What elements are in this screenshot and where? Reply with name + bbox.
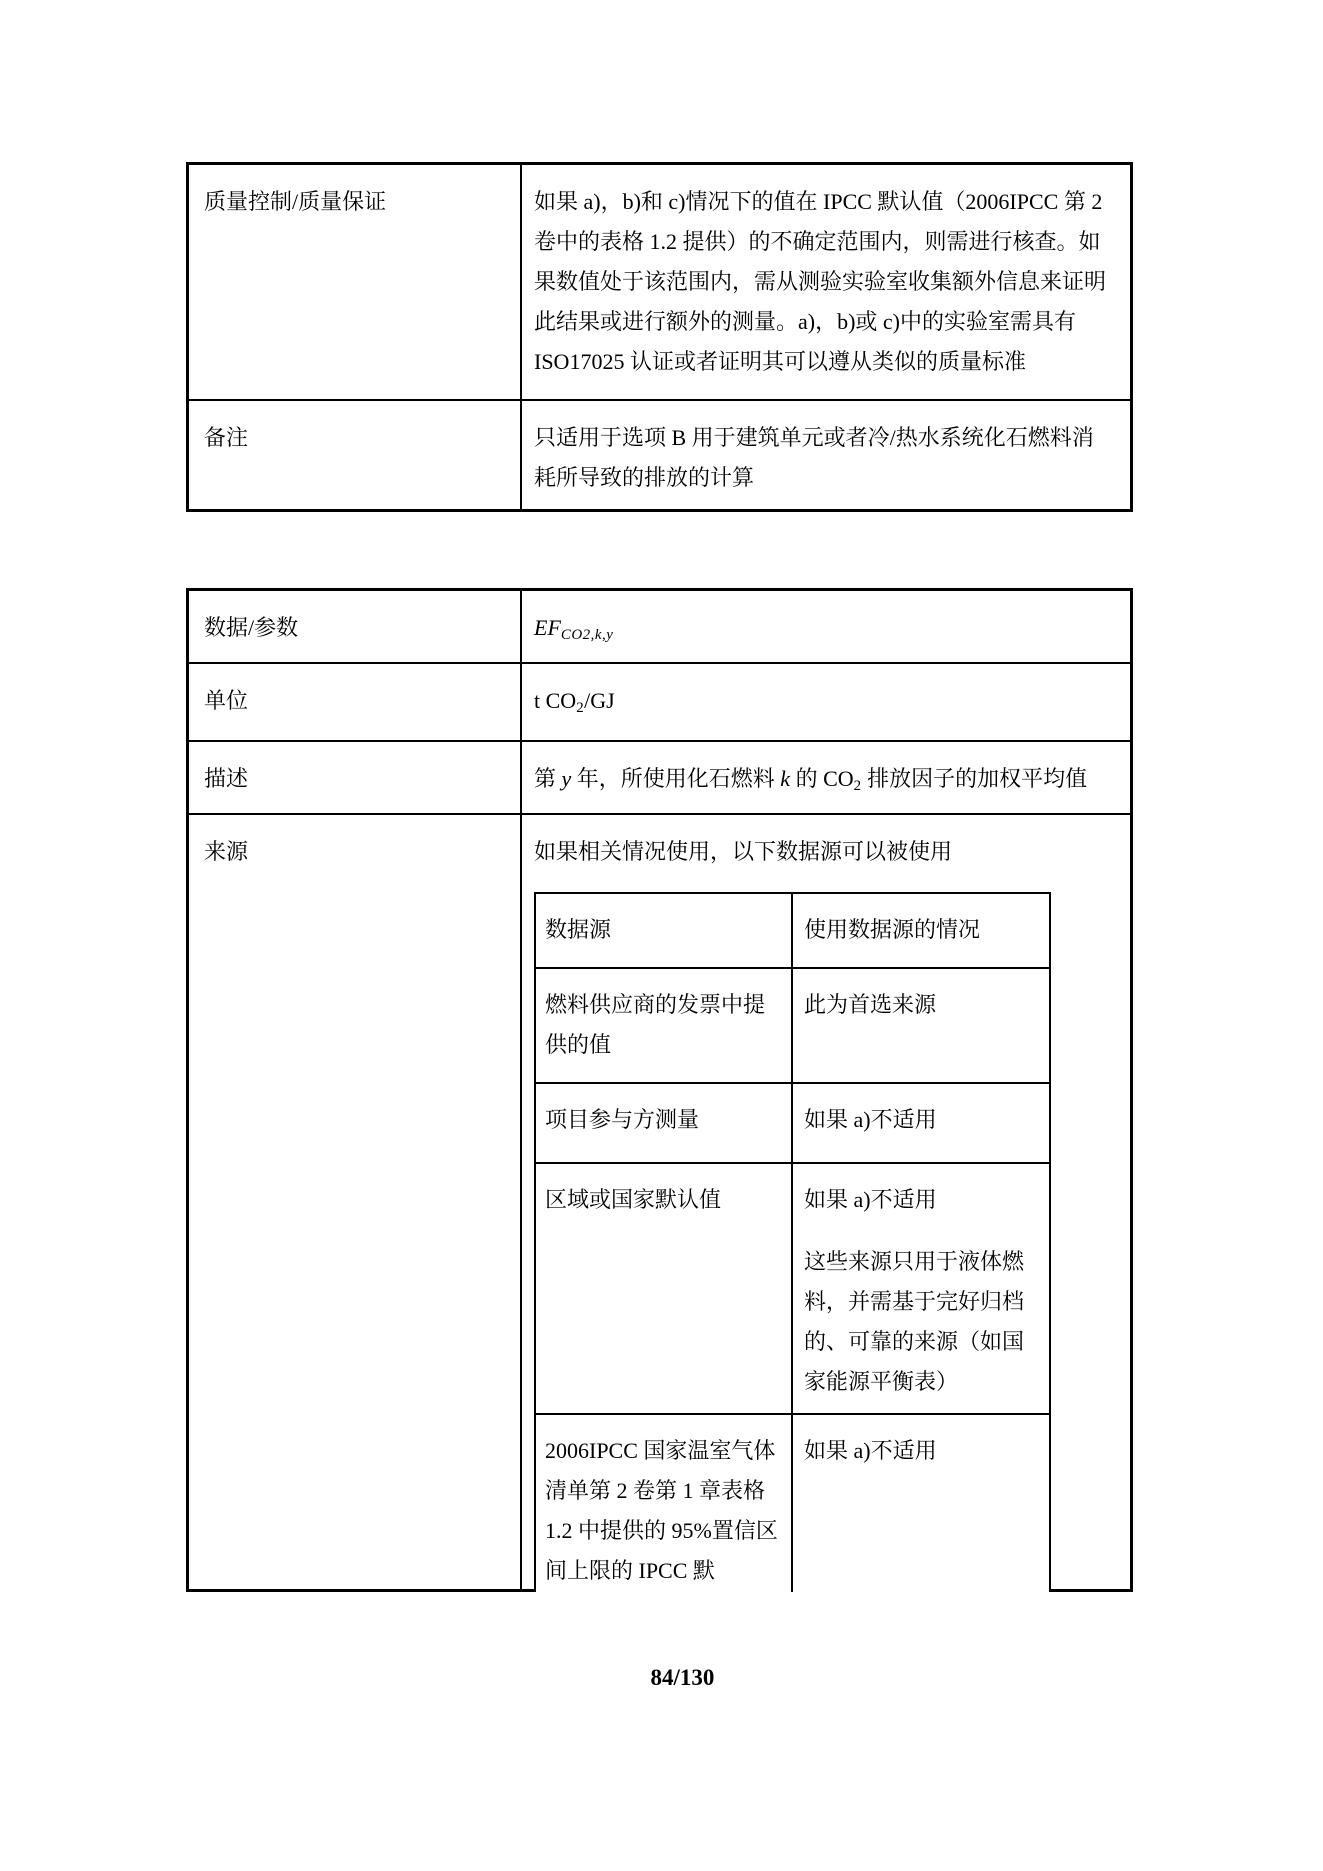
qa-table: 质量控制/质量保证 如果 a)，b)和 c)情况下的值在 IPCC 默认值（20… xyxy=(186,162,1133,512)
unit-value: t CO2/GJ xyxy=(520,664,1130,740)
document-page: 质量控制/质量保证 如果 a)，b)和 c)情况下的值在 IPCC 默认值（20… xyxy=(0,0,1323,1871)
data-source-row-default-values: 区域或国家默认值 如果 a)不适用 这些来源只用于液体燃料，并需基于完好归档的、… xyxy=(536,1162,1049,1413)
unit-label-cell: 单位 xyxy=(189,664,520,740)
source-cell: 燃料供应商的发票中提供的值 xyxy=(536,969,791,1082)
condition-cell: 如果 a)不适用 这些来源只用于液体燃料，并需基于完好归档的、可靠的来源（如国家… xyxy=(791,1164,1049,1413)
data-parameter-label-cell: 数据/参数 xyxy=(189,591,520,662)
qa-row-quality-control: 质量控制/质量保证 如果 a)，b)和 c)情况下的值在 IPCC 默认值（20… xyxy=(189,165,1130,399)
data-source-row-ipcc: 2006IPCC 国家温室气体清单第 2 卷第 1 章表格 1.2 中提供的 9… xyxy=(536,1413,1049,1592)
data-source-header-row: 数据源 使用数据源的情况 xyxy=(536,894,1049,967)
page-number: 84/130 xyxy=(0,1664,1323,1692)
source-intro: 如果相关情况使用，以下数据源可以被使用 xyxy=(534,832,1114,872)
condition-cell: 如果 a)不适用 xyxy=(791,1084,1049,1162)
qa-row-remarks: 备注 只适用于选项 B 用于建筑单元或者冷/热水系统化石燃料消耗所导致的排放的计… xyxy=(189,399,1130,509)
condition-cell: 如果 a)不适用 xyxy=(791,1415,1049,1592)
data-source-row-invoice: 燃料供应商的发票中提供的值 此为首选来源 xyxy=(536,967,1049,1082)
qa-value-cell: 如果 a)，b)和 c)情况下的值在 IPCC 默认值（2006IPCC 第 2… xyxy=(520,165,1130,399)
parameter-symbol: EFCO2,k,y xyxy=(520,591,1130,662)
remarks-label-cell: 备注 xyxy=(189,401,520,509)
condition-cell: 此为首选来源 xyxy=(791,969,1049,1082)
data-source-table: 数据源 使用数据源的情况 燃料供应商的发票中提供的值 此为首选来源 项目参与方测… xyxy=(534,892,1051,1592)
source-cell: 2006IPCC 国家温室气体清单第 2 卷第 1 章表格 1.2 中提供的 9… xyxy=(536,1415,791,1592)
header-data-source: 数据源 xyxy=(536,894,791,967)
qa-label-cell: 质量控制/质量保证 xyxy=(189,165,520,399)
row-description: 描述 第 y 年，所使用化石燃料 k 的 CO2 排放因子的加权平均值 xyxy=(189,740,1130,813)
description-label-cell: 描述 xyxy=(189,742,520,813)
header-condition: 使用数据源的情况 xyxy=(791,894,1049,967)
condition-text: 如果 a)不适用 xyxy=(804,1180,1039,1220)
row-unit: 单位 t CO2/GJ xyxy=(189,662,1130,740)
description-value: 第 y 年，所使用化石燃料 k 的 CO2 排放因子的加权平均值 xyxy=(520,742,1130,813)
row-data-parameter: 数据/参数 EFCO2,k,y xyxy=(189,591,1130,662)
source-label-cell: 来源 xyxy=(189,815,520,1592)
row-source: 来源 如果相关情况使用，以下数据源可以被使用 数据源 使用数据源的情况 燃料供应… xyxy=(189,813,1130,1592)
source-cell: 区域或国家默认值 xyxy=(536,1164,791,1413)
source-cell: 项目参与方测量 xyxy=(536,1084,791,1162)
source-value-cell: 如果相关情况使用，以下数据源可以被使用 数据源 使用数据源的情况 燃料供应商的发… xyxy=(520,815,1130,1592)
remarks-value-cell: 只适用于选项 B 用于建筑单元或者冷/热水系统化石燃料消耗所导致的排放的计算 xyxy=(520,401,1130,509)
data-source-row-measurement: 项目参与方测量 如果 a)不适用 xyxy=(536,1082,1049,1162)
parameter-table: 数据/参数 EFCO2,k,y 单位 t CO2/GJ 描述 第 y 年，所使用… xyxy=(186,588,1133,1592)
condition-note: 这些来源只用于液体燃料，并需基于完好归档的、可靠的来源（如国家能源平衡表） xyxy=(804,1242,1039,1402)
